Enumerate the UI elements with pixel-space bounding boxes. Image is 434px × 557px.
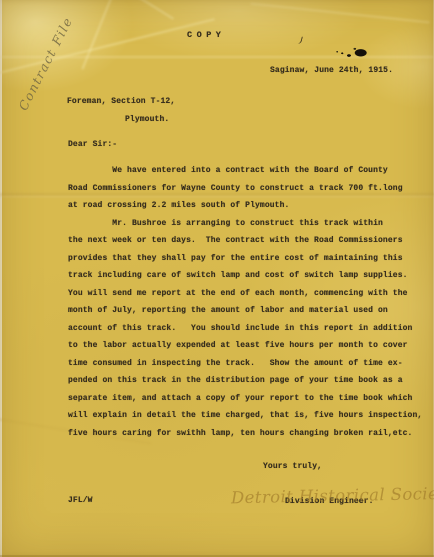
letter-body-line: track including care of switch lamp and … — [68, 267, 422, 285]
paper-crease — [122, 0, 174, 20]
paper-edge-left — [0, 0, 2, 557]
dateline: Saginaw, June 24th, 1915. — [270, 66, 393, 75]
letter-body: We have entered into a contract with the… — [68, 162, 422, 442]
letter-body-line: time consumed in inspecting the track. S… — [68, 355, 422, 373]
letter-body-line: at road crossing 2.2 miles south of Plym… — [68, 197, 422, 215]
letter-body-line: separate item, and attach a copy of your… — [68, 390, 422, 408]
letter-body-line: will explain in detail the time charged,… — [68, 407, 422, 425]
letter-body-line: to the labor actually expended at least … — [68, 337, 422, 355]
typist-initials: JFL/W — [68, 496, 93, 505]
letter-body-line: You will send me report at the end of ea… — [68, 285, 422, 303]
letter-body-line: month of July, reporting the amount of l… — [68, 302, 422, 320]
letter-body-line: provides that they shall pay for the ent… — [68, 250, 422, 268]
letter-body-line: pended on this track in the distribution… — [68, 372, 422, 390]
paper-crease — [250, 3, 429, 24]
letter-body-line: Road Commissioners for Wayne County to c… — [68, 180, 422, 198]
letter-body-line: We have entered into a contract with the… — [68, 162, 422, 180]
letter-body-line: the next week or ten days. The contract … — [68, 232, 422, 250]
letter-page: COPY Saginaw, June 24th, 1915. Contract … — [0, 0, 434, 557]
ink-blot — [333, 44, 375, 60]
copy-label: COPY — [187, 30, 225, 40]
ink-speck — [296, 36, 303, 45]
letter-body-line: five hours caring for swithh lamp, ten h… — [68, 425, 422, 443]
closing: Yours truly, — [263, 462, 322, 471]
letter-body-line: account of this track. You should includ… — [68, 320, 422, 338]
letter-body-line: Mr. Bushroe is arranging to construct th… — [68, 215, 422, 233]
signature-title: Division Engineer. — [285, 497, 374, 506]
paper-crease — [0, 18, 215, 76]
paper-crease — [81, 0, 112, 70]
salutation: Dear Sir:- — [68, 140, 117, 149]
recipient-line: Foreman, Section T-12, — [67, 97, 175, 106]
recipient-city: Plymouth. — [125, 115, 169, 124]
